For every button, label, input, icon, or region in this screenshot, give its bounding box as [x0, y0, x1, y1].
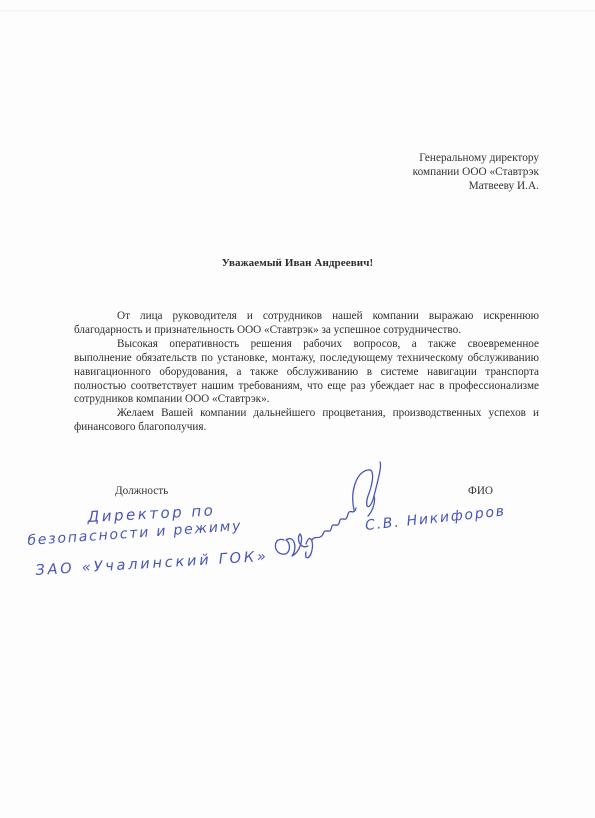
body-paragraph: От лица руководителя и сотрудников нашей…: [74, 310, 539, 338]
letter-page: Генеральному директору компании ООО «Ста…: [0, 0, 595, 818]
scan-edge-shadow: [0, 10, 595, 12]
body-paragraph: Желаем Вашей компании дальнейшего процве…: [74, 407, 539, 435]
letter-body: От лица руководителя и сотрудников нашей…: [74, 310, 539, 435]
handwritten-position-line: ЗАО «Учалинский ГОК»: [35, 549, 269, 579]
addressee-line: компании ООО «Ставтрэк: [413, 165, 539, 179]
addressee-block: Генеральному директору компании ООО «Ста…: [413, 151, 539, 194]
addressee-line: Генеральному директору: [413, 151, 539, 165]
body-paragraph: Высокая оперативность решения рабочих во…: [74, 338, 539, 408]
position-label: Должность: [115, 485, 168, 497]
name-label: ФИО: [468, 485, 493, 497]
addressee-line: Матвееву И.А.: [413, 179, 539, 193]
handwritten-signature-icon: [270, 452, 390, 572]
salutation: Уважаемый Иван Андреевич!: [0, 257, 595, 269]
